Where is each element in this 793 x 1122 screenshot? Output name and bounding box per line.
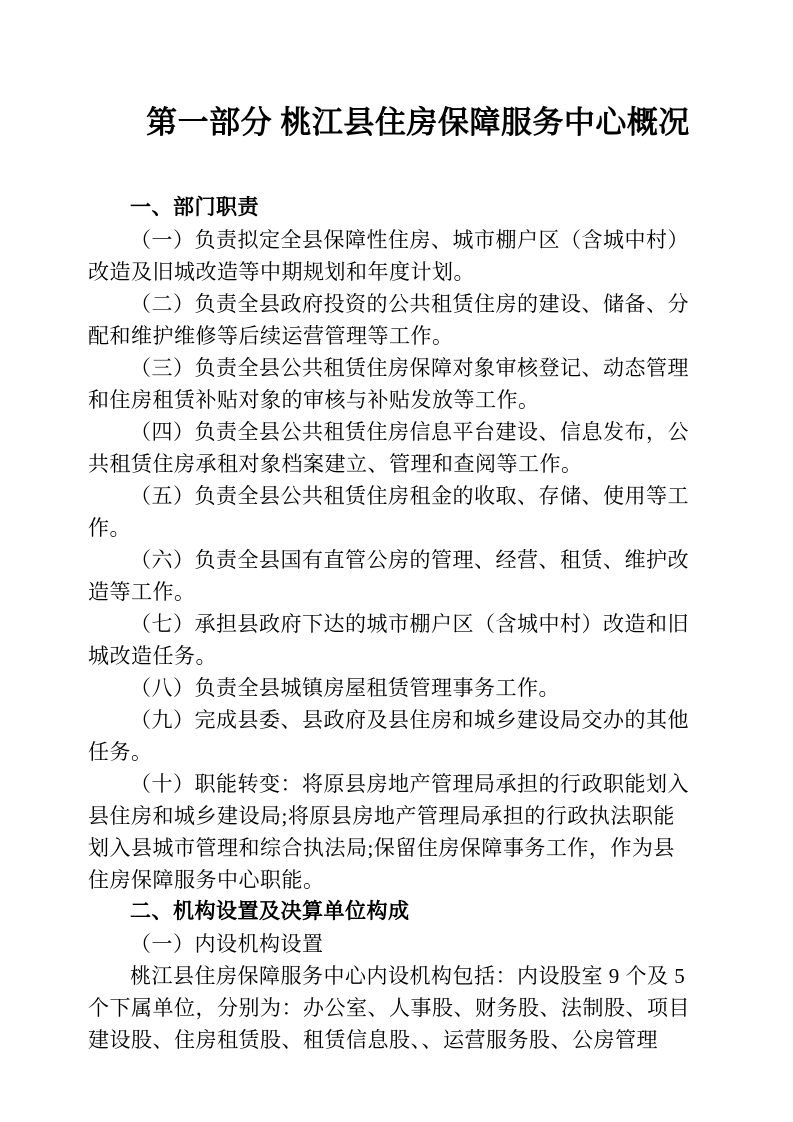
section-heading-organization: 二、机构设置及决算单位构成: [88, 896, 700, 928]
paragraph-duty-3: （三）负责全县公共租赁住房保障对象审核登记、动态管理 和住房租赁补贴对象的审核与…: [88, 352, 700, 416]
paragraph-duty-6: （六）负责全县国有直管公房的管理、经营、租赁、维护改 造等工作。: [88, 544, 700, 608]
paragraph-duty-1: （一）负责拟定全县保障性住房、城市棚户区（含城中村） 改造及旧城改造等中期规划和…: [88, 224, 700, 288]
paragraph-duty-5: （五）负责全县公共租赁住房租金的收取、存储、使用等工 作。: [88, 480, 700, 544]
paragraph-duty-4: （四）负责全县公共租赁住房信息平台建设、信息发布，公 共租赁住房承租对象档案建立…: [88, 416, 700, 480]
paragraph-duty-2: （二）负责全县政府投资的公共租赁住房的建设、储备、分 配和维护维修等后续运营管理…: [88, 288, 700, 352]
paragraph-duty-8: （八）负责全县城镇房屋租赁管理事务工作。: [88, 672, 700, 704]
document-content: 第一部分 桃江县住房保障服务中心概况 一、部门职责 （一）负责拟定全县保障性住房…: [88, 0, 700, 1056]
page-title: 第一部分 桃江县住房保障服务中心概况: [88, 103, 700, 143]
subsection-heading-internal-orgs: （一）内设机构设置: [88, 928, 700, 960]
paragraph-duty-10: （十）职能转变：将原县房地产管理局承担的行政职能划入 县住房和城乡建设局;将原县…: [88, 768, 700, 896]
paragraph-internal-orgs: 桃江县住房保障服务中心内设机构包括：内设股室 9 个及 5 个下属单位，分别为：…: [88, 960, 700, 1056]
paragraph-duty-9: （九）完成县委、县政府及县住房和城乡建设局交办的其他 任务。: [88, 704, 700, 768]
paragraph-duty-7: （七）承担县政府下达的城市棚户区（含城中村）改造和旧 城改造任务。: [88, 608, 700, 672]
section-heading-duties: 一、部门职责: [88, 192, 700, 224]
document-page: 第一部分 桃江县住房保障服务中心概况 一、部门职责 （一）负责拟定全县保障性住房…: [0, 0, 793, 1122]
